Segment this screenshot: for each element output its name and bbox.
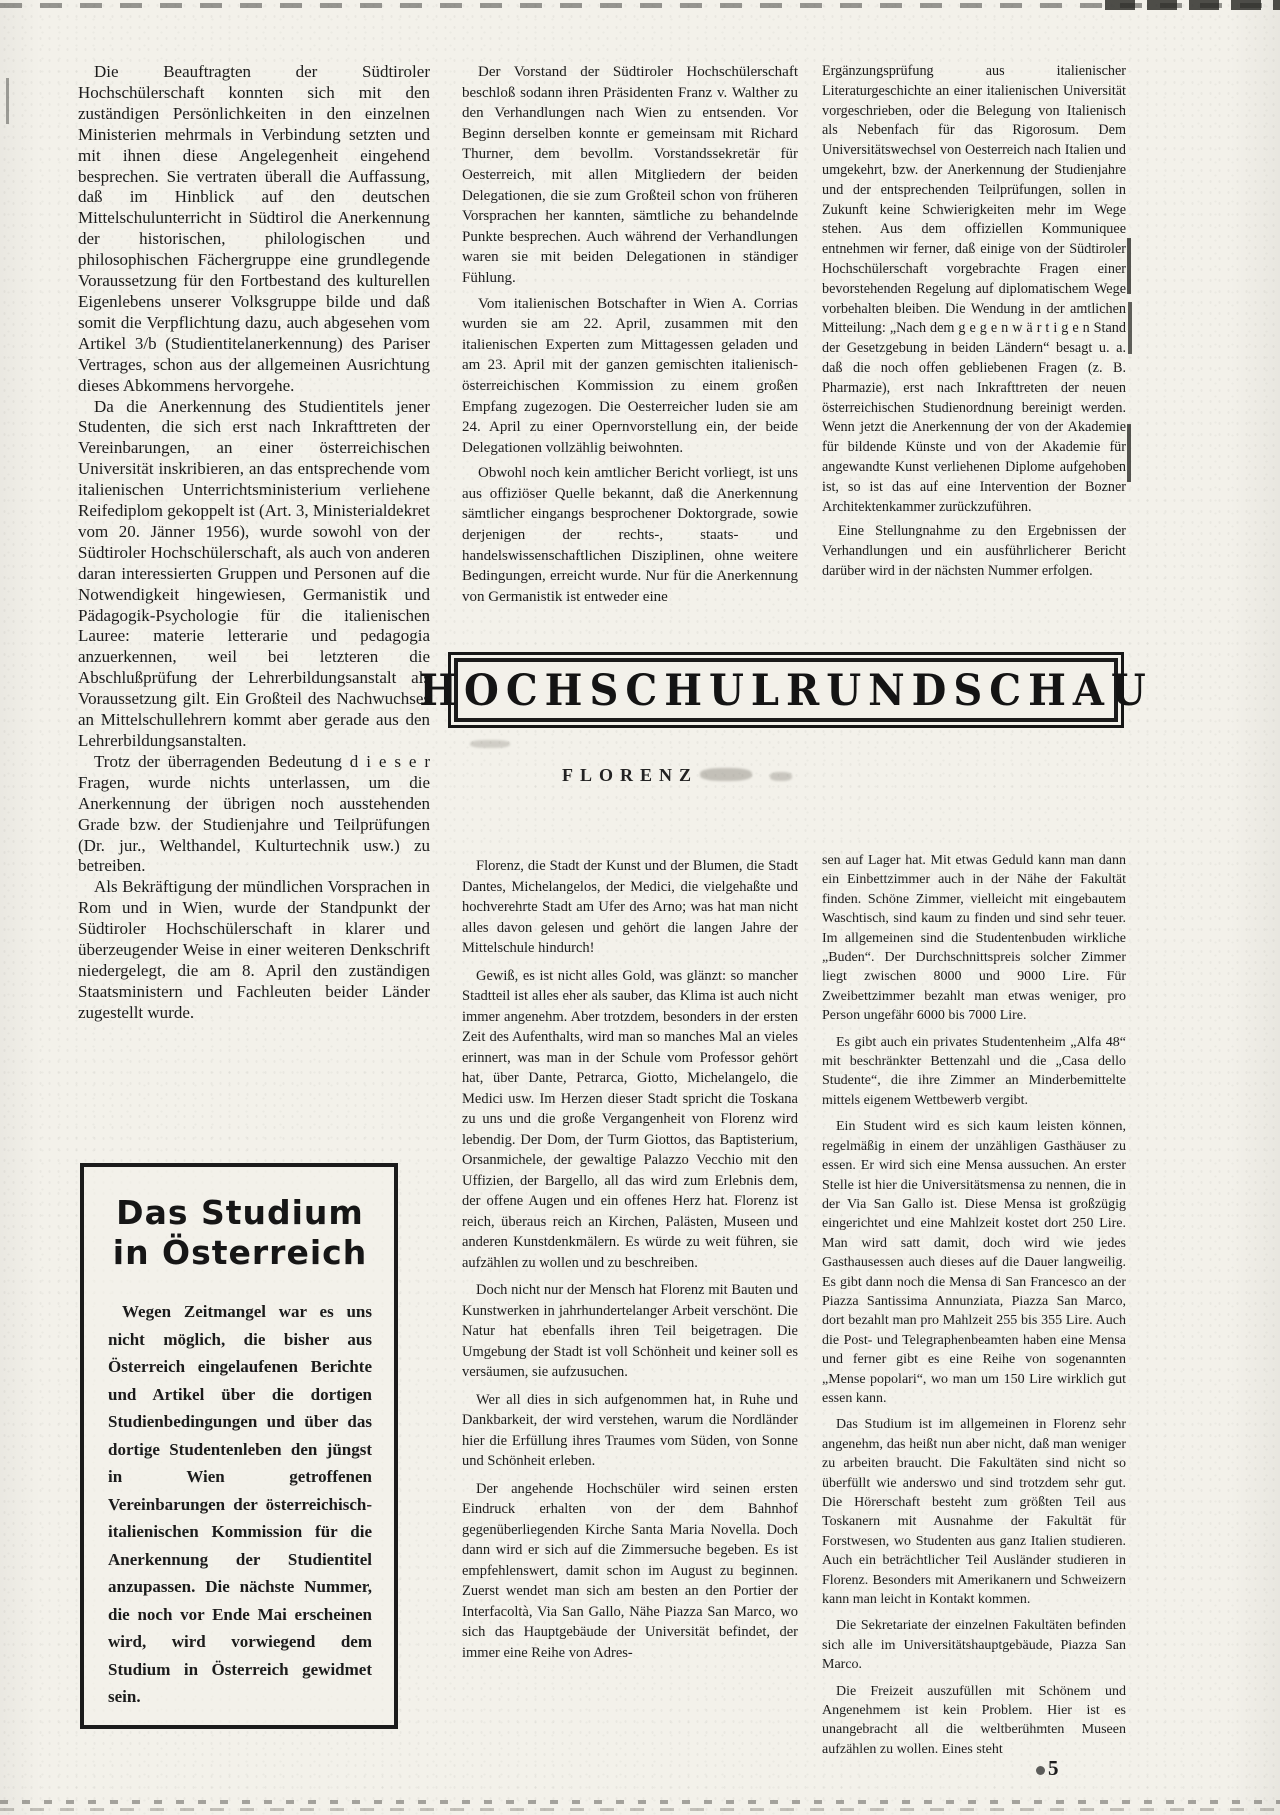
studium-oesterreich-box: Das Studium in Österreich Wegen Zeitmang… [80, 1163, 398, 1729]
florenz-heading: FLORENZ [462, 765, 798, 786]
scan-artifact-right-margin [1127, 424, 1131, 482]
article-paragraph: Der angehende Hochschüler wird seinen er… [462, 1479, 798, 1664]
article-paragraph: Vom italienischen Botschafter in Wien A.… [462, 294, 798, 459]
article-paragraph: Das Studium ist im allgemeinen in Floren… [822, 1415, 1126, 1609]
article-paragraph: Ergänzungsprüfung aus italienischer Lite… [822, 62, 1126, 517]
scan-artifact-top-right [1105, 0, 1280, 10]
scan-artifact-top-edge [0, 3, 1280, 8]
scan-artifact-bottom-edge [0, 1800, 1280, 1804]
article-column-middle: Der Vorstand der Südtiroler Hochschülers… [462, 62, 798, 648]
section-banner-frame: HOCHSCHULRUNDSCHAU [454, 658, 1118, 722]
article-paragraph: Eine Stellungnahme zu den Ergebnissen de… [822, 522, 1126, 581]
section-banner-title: HOCHSCHULRUNDSCHAU [419, 665, 1153, 716]
section-banner: HOCHSCHULRUNDSCHAU [448, 652, 1124, 728]
box-title-line1: Das Studium [108, 1193, 372, 1233]
article-paragraph: sen auf Lager hat. Mit etwas Geduld kann… [822, 851, 1126, 1026]
newspaper-page: Die Beauftragten der Südtiroler Hochschü… [0, 0, 1280, 1815]
box-title-line2: in Österreich [108, 1233, 372, 1273]
article-paragraph: Es gibt auch ein privates Studentenheim … [822, 1033, 1126, 1111]
article-paragraph: Wer all dies in sich aufgenommen hat, in… [462, 1390, 798, 1472]
scan-artifact-right-margin [1127, 238, 1131, 294]
article-column-right: Ergänzungsprüfung aus italienischer Lite… [822, 62, 1126, 648]
article-paragraph: Die Freizeit auszufüllen mit Schönem und… [822, 1682, 1126, 1760]
article-paragraph: Ein Student wird es sich kaum leisten kö… [822, 1117, 1126, 1408]
article-paragraph: Die Beauftragten der Südtiroler Hochschü… [78, 62, 430, 397]
page-number: 5 [1036, 1756, 1060, 1781]
article-paragraph: Obwohl noch kein amtlicher Bericht vorli… [462, 463, 798, 607]
florenz-column-middle: Florenz, die Stadt der Kunst und der Blu… [462, 856, 798, 1756]
article-paragraph: Die Sekretariate der einzelnen Fakultäte… [822, 1616, 1126, 1674]
ink-smudge [470, 740, 510, 748]
article-paragraph: Da die Anerkennung des Studientitels jen… [78, 397, 430, 752]
article-paragraph: Der Vorstand der Südtiroler Hochschülers… [462, 62, 798, 289]
box-title: Das Studium in Österreich [108, 1193, 372, 1272]
scan-artifact-right-margin [1128, 302, 1132, 354]
scan-artifact-bottom-edge-2 [0, 1808, 1280, 1811]
article-paragraph: Doch nicht nur der Mensch hat Florenz mi… [462, 1280, 798, 1383]
scan-artifact-left-margin [6, 78, 9, 124]
florenz-column-right: sen auf Lager hat. Mit etwas Geduld kann… [822, 851, 1126, 1791]
article-paragraph: Gewiß, es ist nicht alles Gold, was glän… [462, 966, 798, 1274]
article-paragraph: Als Bekräftigung der mündlichen Vorsprac… [78, 877, 430, 1023]
article-paragraph: Florenz, die Stadt der Kunst und der Blu… [462, 856, 798, 959]
box-body: Wegen Zeitmangel war es uns nicht möglic… [108, 1298, 372, 1711]
article-paragraph: Trotz der überragenden Bedeutung d i e s… [78, 752, 430, 877]
article-column-left: Die Beauftragten der Südtiroler Hochschü… [78, 62, 430, 1062]
